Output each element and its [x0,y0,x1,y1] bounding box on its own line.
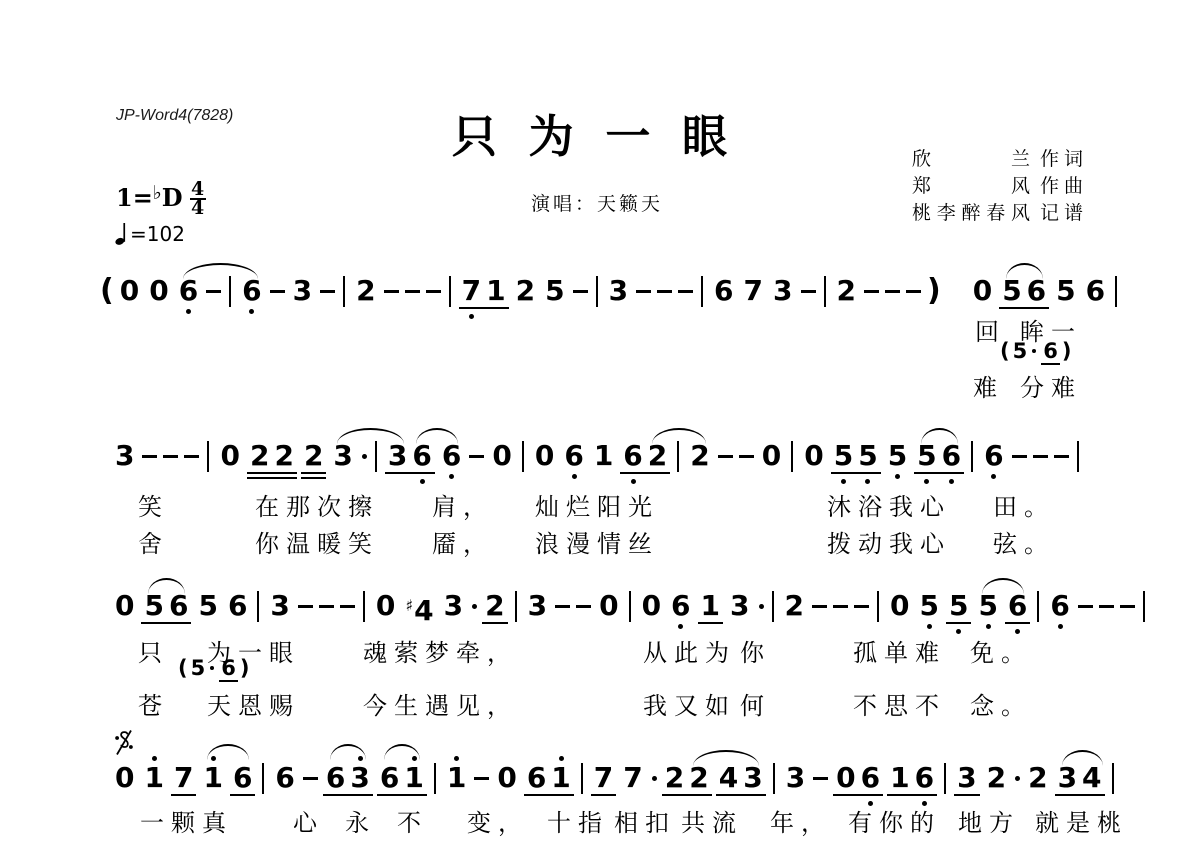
note-token: 0 [147,276,170,306]
lyric-segment: 回 [975,312,1006,347]
lyric-segment: 眸一 [1020,312,1082,347]
note-token: 3 [955,763,978,793]
slur-tie [1006,263,1043,279]
duration-dash [142,455,157,458]
note-token: 5 [196,591,219,621]
note-token: 3 [331,441,354,471]
note-token: 6 [913,763,936,793]
lyric-segment: 孤单难 [853,633,946,668]
duration-dash [1012,455,1027,458]
lyric-segment: 分难 [1020,368,1082,403]
segno-icon [114,729,134,761]
barline [375,441,377,472]
duration-dash [1033,455,1048,458]
note-token: 0 [374,591,397,621]
lyric-segment: 为一眼 [207,633,300,668]
duration-dash [813,777,828,780]
barline [944,763,946,794]
slur-tie [207,744,249,760]
note-token: 0 [597,591,620,621]
note-token: 3 [113,441,136,471]
lyric-segment: 只 [138,633,169,668]
note-token: 5 [976,591,999,621]
duration-dash [678,290,693,293]
barline [207,441,209,472]
duration-dash [1120,605,1135,608]
note-token: 2 [688,441,711,471]
duration-dash [1078,605,1093,608]
note-token: 0 [640,591,663,621]
duration-dash [303,777,318,780]
flat-icon: ♭ [153,182,162,204]
duration-dash [298,605,313,608]
duration-dash [739,455,754,458]
note-token: 3 [1056,763,1079,793]
duration-dash [854,605,869,608]
lyric-segment: 共流 [681,803,743,838]
barline [262,763,264,794]
performer-line: 演唱：天籁天 [531,189,663,216]
lyric-segment: 苍 [138,686,169,721]
lyric-segment: 永 [345,803,376,838]
note-token: 5 [1000,276,1023,306]
note-token: 7 [592,763,615,793]
duration-dash [319,605,334,608]
slur-tie [982,578,1024,594]
slur-tie [416,428,458,444]
lyric-segment: 地方 [958,803,1020,838]
credit-line-2: 郑风作曲 [912,171,1088,198]
note-token: 7 [742,276,765,306]
note-token: 5 [543,276,566,306]
barline [971,441,973,472]
slur-tie [384,744,420,760]
note-token: 3 [728,591,751,621]
barline [824,276,826,307]
note-token: 4 [1080,763,1103,793]
note-token: 1 [888,763,911,793]
augmentation-dot [472,604,477,609]
note-token: 0 [495,763,518,793]
augmentation-dot [1015,776,1020,781]
note-token: 0 [888,591,911,621]
duration-dash [340,605,355,608]
credits-block: 欣兰作词郑风作曲桃李醉春风记谱 [912,144,1088,225]
note-token: 3 [348,763,371,793]
barline [581,763,583,794]
note-token: 5 [832,441,855,471]
lyric-segment: 相扣 [614,803,676,838]
note-token: 1 [201,763,224,793]
lyric-segment: 变， [467,803,529,838]
music-line-2: 302223366006162200555566 [113,441,1088,472]
note-token: 6 [231,763,254,793]
note-token: 2 [248,441,271,471]
paren: ) [927,275,941,306]
lyric-segment: 田。 [993,487,1055,522]
note-token: 5 [886,441,909,471]
barline [229,276,231,307]
duration-dash [864,290,879,293]
duration-dash [405,290,420,293]
note-token: 2 [783,591,806,621]
sheet-music-page: JP-Word4(7828) 只 为 一 眼 演唱：天籁天 欣兰作词郑风作曲桃李… [0,0,1200,850]
note-token: 0 [113,763,136,793]
note-token: 3 [442,591,465,621]
lyric-segment: 靥， [432,524,494,559]
duration-dash [573,290,588,293]
credit-role: 作词 [1040,149,1088,170]
lyric-segment: 不 [397,803,428,838]
duration-dash [320,290,335,293]
barline [772,591,774,622]
note-token: 2 [663,763,686,793]
note-token: 2 [687,763,710,793]
note-token: 3 [771,276,794,306]
note-token: 2 [483,591,506,621]
lyric-segment: 魂萦梦牵， [363,633,518,668]
paren: ( [100,275,114,306]
note-token: 2 [354,276,377,306]
slur-tie [330,744,366,760]
slur-tie [693,750,759,766]
note-token: 1 [142,763,165,793]
paren: ( [178,657,188,679]
note-token: 3 [291,276,314,306]
lyric-segment: 你温暖笑 [255,524,379,559]
barline [596,276,598,307]
augmentation-dot [1032,349,1036,353]
duration-dash [636,290,651,293]
note-token: 1 [445,763,468,793]
lyric-segment: 我又如 [643,686,736,721]
music-line-1: (006632712536732)05656 [100,276,1126,307]
duration-dash [576,605,591,608]
note-token: 6 [712,276,735,306]
note-token: 6 [562,441,585,471]
note-token: 2 [985,763,1008,793]
key-text: 1=♭D [116,184,183,214]
barline [434,763,436,794]
note-token: 0 [118,276,141,306]
lyric-segment: 今生遇见， [363,686,518,721]
note-token: 0 [490,441,513,471]
lyric-segment: 心 [293,803,324,838]
barline [522,441,524,472]
key-signature: 1=♭D 44 [116,184,206,216]
duration-dash [474,777,489,780]
slur-tie [183,263,258,279]
duration-dash [885,290,900,293]
slur-tie [337,428,404,444]
note-token: 5 [142,591,165,621]
note-token: 5 [915,441,938,471]
barline [1077,441,1079,472]
note-token: 6 [1025,276,1048,306]
lyric-segment: 浪漫情丝 [535,524,659,559]
duration-dash [426,290,441,293]
music-line-3: 0565630♯4323006132055566 [113,591,1154,626]
note-token: 3 [607,276,630,306]
duration-dash [469,455,484,458]
duration-dash [206,290,221,293]
slur-tie [1062,750,1103,766]
slur-tie [148,578,185,594]
note-token: 7 [172,763,195,793]
note-token: 3 [268,591,291,621]
duration-dash [184,455,199,458]
time-signature: 44 [190,182,206,216]
duration-dash [812,605,827,608]
note-token: 6 [525,763,548,793]
note-token: 6 [859,763,882,793]
barline [1112,763,1114,794]
lyric-segment: 拨动我心 [827,524,951,559]
note-token: 6 [669,591,692,621]
sharp-icon: ♯ [405,596,413,615]
note-token: 0 [113,591,136,621]
note-token: 5 [856,441,879,471]
duration-dash [1054,455,1069,458]
barline [791,441,793,472]
lyric-segment: 笑 [138,487,169,522]
duration-dash [801,290,816,293]
note-token: 2 [514,276,537,306]
barline [363,591,365,622]
barline [773,763,775,794]
lyric-segment: 弦。 [993,524,1055,559]
credit-role: 记谱 [1040,203,1088,224]
note-token: 5 [917,591,940,621]
watermark: JP-Word4(7828) [116,107,233,125]
lyric-segment: 从此为 [643,633,736,668]
duration-dash [163,455,178,458]
song-title: 只 为 一 眼 [452,100,729,165]
lyric-segment: 有你的 [848,803,941,838]
note-token: 6 [940,441,963,471]
note-token: 7 [621,763,644,793]
lyric-segment: 年， [770,803,832,838]
note-token: 4 [717,763,740,793]
barline [877,591,879,622]
credit-role: 作曲 [1040,176,1088,197]
note-token: 5 [947,591,970,621]
note-token: 6 [1006,591,1029,621]
lyric-segment: 舍 [138,524,169,559]
slur-tie [921,428,958,444]
augmentation-dot [652,776,657,781]
note-token: 7 [460,276,483,306]
note-token: 0 [218,441,241,471]
note-token: 3 [526,591,549,621]
note-token: 5 [1054,276,1077,306]
duration-dash [657,290,672,293]
note-token: 6 [378,763,401,793]
quarter-note-icon [115,221,128,246]
note-token: 2 [646,441,669,471]
barline [257,591,259,622]
note-token: 6 [177,276,200,306]
lyric-segment: 难 [973,368,1004,403]
duration-dash [1099,605,1114,608]
note-token: 6 [1084,276,1107,306]
lyric-segment: 不思不 [853,686,946,721]
note-token: 1 [549,763,572,793]
barline [449,276,451,307]
barline [629,591,631,622]
note-token: 2 [272,441,295,471]
lyric-segment: 念。 [970,686,1032,721]
duration-dash [384,290,399,293]
note-token: 0 [971,276,994,306]
note-token: 6 [240,276,263,306]
credit-name: 欣兰 [912,144,1030,171]
duration-dash [718,455,733,458]
lyric-segment: 免。 [970,633,1032,668]
credit-line-3: 桃李醉春风记谱 [912,198,1088,225]
tempo-marking: =102 [115,221,185,246]
note-token: 0 [802,441,825,471]
note-token: 6 [167,591,190,621]
tempo-value: =102 [130,222,185,246]
credit-name: 桃李醉春风 [912,198,1030,225]
note-token: 6 [440,441,463,471]
note-token: 1 [592,441,615,471]
slur-tie [652,428,706,444]
note-token: 6 [1048,591,1071,621]
lyric-segment: 天恩赐 [207,686,300,721]
duration-dash [906,290,921,293]
note-token: 6 [410,441,433,471]
note-token: 1 [402,763,425,793]
augmentation-dot [759,604,764,609]
note-token: 6 [982,441,1005,471]
barline [1037,591,1039,622]
note-token: 5 [190,657,207,679]
lyric-segment: 沐浴我心 [827,487,951,522]
lyric-segment: 灿烂阳光 [535,487,659,522]
barline [677,441,679,472]
note-token: 2 [835,276,858,306]
credit-line-1: 欣兰作词 [912,144,1088,171]
note-token: 2 [302,441,325,471]
duration-dash [555,605,570,608]
note-token: 0 [760,441,783,471]
repeat-sign [945,276,965,307]
lyric-segment: 你 [740,633,771,668]
note-token: 2 [1026,763,1049,793]
note-token: 1 [484,276,507,306]
note-token: 6 [226,591,249,621]
note-token: 0 [533,441,556,471]
barline [515,591,517,622]
lyric-segment: 在那次擦 [255,487,379,522]
barline [343,276,345,307]
note-token: 6 [621,441,644,471]
lyric-segment: 何 [740,686,771,721]
lyric-segment: 肩， [432,487,494,522]
duration-dash [270,290,285,293]
barline [701,276,703,307]
note-token: 0 [834,763,857,793]
note-token: 3 [784,763,807,793]
lyric-segment: 十指 [547,803,609,838]
duration-dash [833,605,848,608]
barline [1115,276,1117,307]
note-token: 6 [324,763,347,793]
note-token: 3 [741,763,764,793]
lyric-segment: 就是桃 [1035,803,1128,838]
lyric-segment: 一颗真 [140,803,233,838]
music-line-4: 017166636110617722433061632234 [113,763,1123,794]
note-token: 6 [273,763,296,793]
note-token: 3 [386,441,409,471]
barline [1143,591,1145,622]
credit-name: 郑风 [912,171,1030,198]
note-token: 1 [699,591,722,621]
augmentation-dot [362,454,367,459]
note-token: ♯4 [403,591,435,626]
